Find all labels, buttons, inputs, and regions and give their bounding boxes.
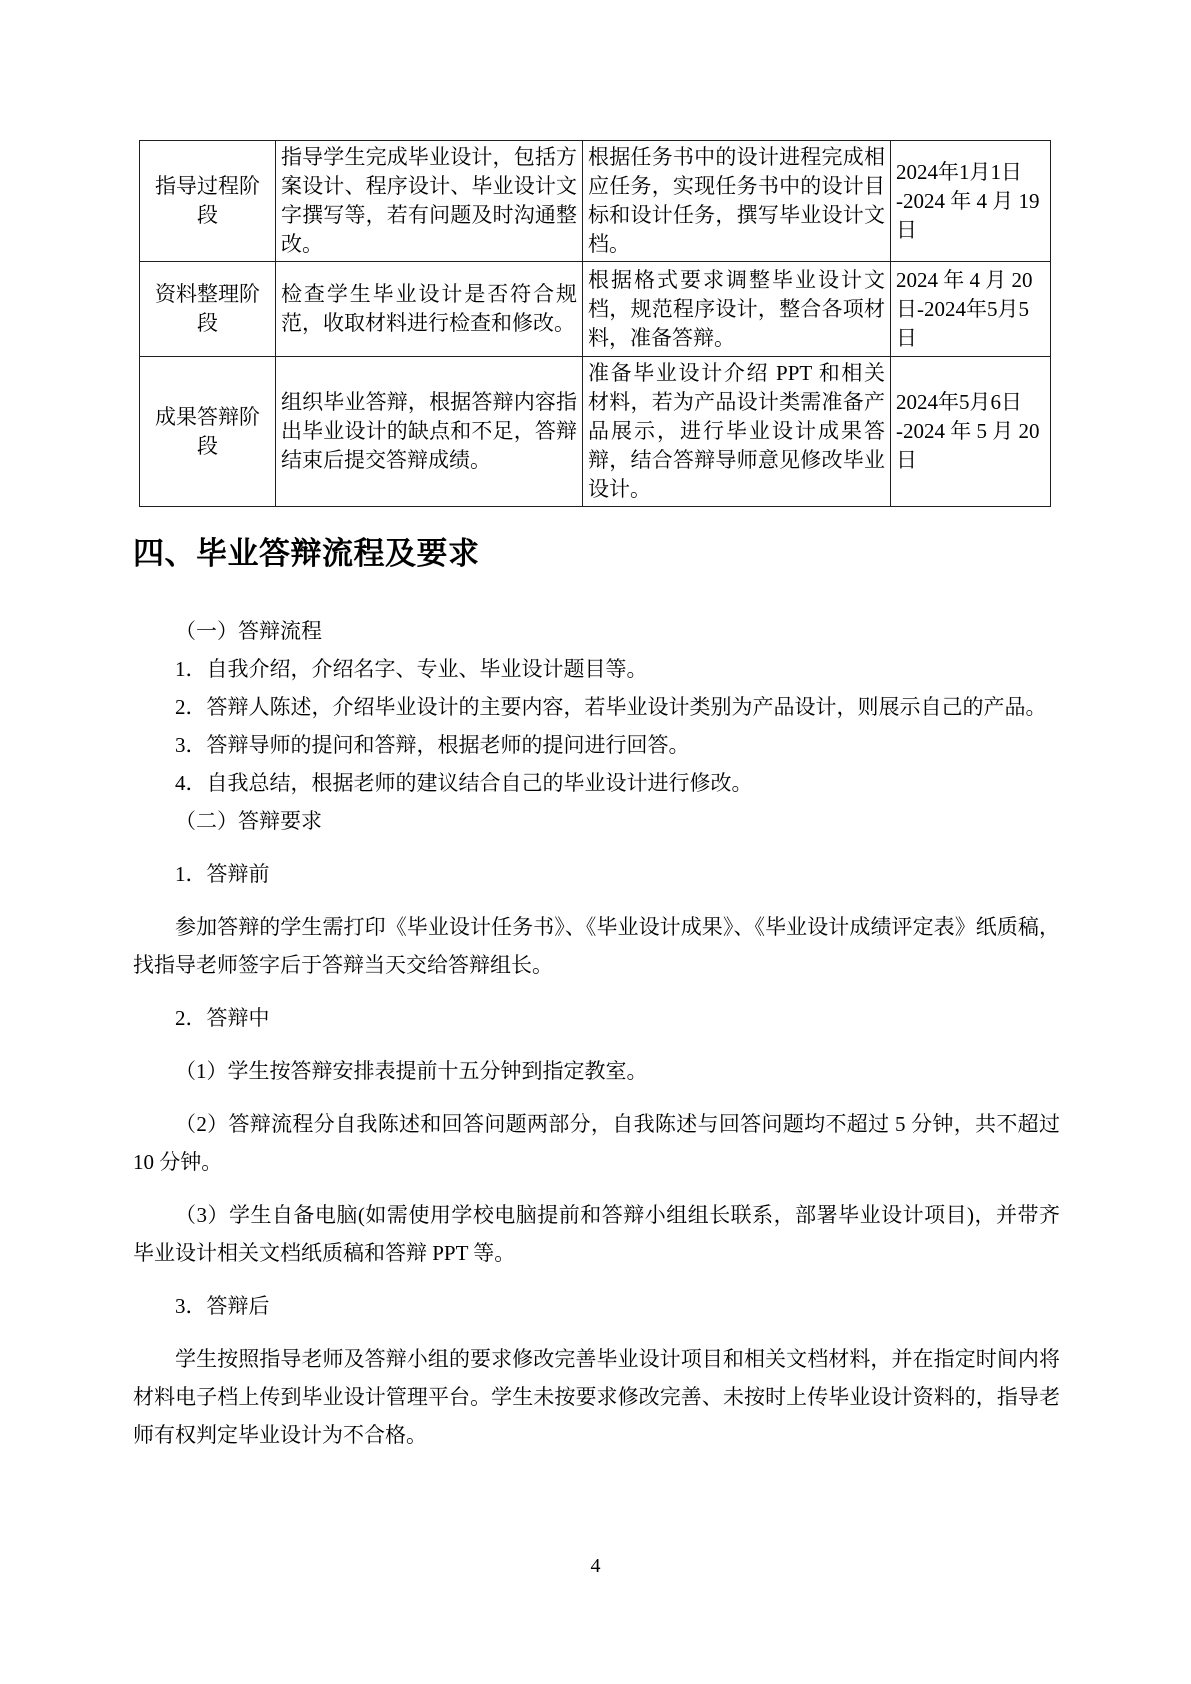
paragraph-flow-item-3: 3．答辩导师的提问和答辩，根据老师的提问进行回答。 [133, 726, 1060, 764]
table-row-guidance-stage: 指导过程阶段 指导学生完成毕业设计，包括方案设计、程序设计、毕业设计文字撰写等，… [140, 141, 1051, 262]
paragraph-after-defense-body: 学生按照指导老师及答辩小组的要求修改完善毕业设计项目和相关文档材料，并在指定时间… [133, 1340, 1060, 1454]
paragraph-before-defense-label: 1．答辩前 [133, 855, 1060, 893]
section-heading: 四、毕业答辩流程及要求 [133, 531, 480, 577]
table-row-defense-stage: 成果答辩阶段 组织毕业答辩，根据答辩内容指出毕业设计的缺点和不足，答辩结束后提交… [140, 357, 1051, 507]
paragraph-defense-flow-label: （一）答辩流程 [133, 612, 1060, 650]
paragraph-during-defense-label: 2．答辩中 [133, 999, 1060, 1037]
student-task-cell: 准备毕业设计介绍 PPT 和相关材料，若为产品设计类需准备产品展示，进行毕业设计… [583, 357, 891, 507]
paragraph-before-defense-body: 参加答辩的学生需打印《毕业设计任务书》、《毕业设计成果》、《毕业设计成绩评定表》… [133, 908, 1060, 984]
paragraph-flow-item-1: 1．自我介绍，介绍名字、专业、毕业设计题目等。 [133, 650, 1060, 688]
date-line: 日-2024年5月5 [896, 295, 1045, 324]
date-range-cell: 2024年1月1日 -2024 年 4 月 19 日 [891, 141, 1051, 262]
teacher-task-cell: 检查学生毕业设计是否符合规范，收取材料进行检查和修改。 [276, 262, 583, 357]
date-line: 2024 年 4 月 20 [896, 266, 1045, 295]
student-task-cell: 根据格式要求调整毕业设计文档，规范程序设计，整合各项材料，准备答辩。 [583, 262, 891, 357]
page-number: 4 [0, 1552, 1191, 1580]
date-line: -2024 年 4 月 19 [896, 187, 1045, 216]
paragraph-flow-item-4: 4．自我总结，根据老师的建议结合自己的毕业设计进行修改。 [133, 764, 1060, 802]
date-line: 日 [896, 446, 1045, 475]
student-task-cell: 根据任务书中的设计进程完成相应任务，实现任务书中的设计目标和设计任务，撰写毕业设… [583, 141, 891, 262]
document-page: 指导过程阶段 指导学生完成毕业设计，包括方案设计、程序设计、毕业设计文字撰写等，… [0, 0, 1191, 1684]
date-line: 2024年1月1日 [896, 158, 1045, 187]
date-range-cell: 2024 年 4 月 20 日-2024年5月5 日 [891, 262, 1051, 357]
paragraph-during-item-1: （1）学生按答辩安排表提前十五分钟到指定教室。 [133, 1052, 1060, 1090]
stage-cell: 成果答辩阶段 [140, 357, 276, 507]
paragraph-during-item-2: （2）答辩流程分自我陈述和回答问题两部分，自我陈述与回答问题均不超过 5 分钟，… [133, 1105, 1060, 1181]
paragraph-defense-req-label: （二）答辩要求 [133, 802, 1060, 840]
table-row-material-stage: 资料整理阶段 检查学生毕业设计是否符合规范，收取材料进行检查和修改。 根据格式要… [140, 262, 1051, 357]
date-range-cell: 2024年5月6日 -2024 年 5 月 20 日 [891, 357, 1051, 507]
date-line: 日 [896, 216, 1045, 245]
date-line: 2024年5月6日 [896, 388, 1045, 417]
date-line: 日 [896, 324, 1045, 353]
body-text: （一）答辩流程 1．自我介绍，介绍名字、专业、毕业设计题目等。 2．答辩人陈述，… [133, 612, 1060, 1454]
stage-cell: 资料整理阶段 [140, 262, 276, 357]
teacher-task-cell: 组织毕业答辩，根据答辩内容指出毕业设计的缺点和不足，答辩结束后提交答辩成绩。 [276, 357, 583, 507]
paragraph-flow-item-2: 2．答辩人陈述，介绍毕业设计的主要内容，若毕业设计类别为产品设计，则展示自己的产… [133, 688, 1060, 726]
paragraph-during-item-3: （3）学生自备电脑(如需使用学校电脑提前和答辩小组组长联系，部署毕业设计项目)，… [133, 1196, 1060, 1272]
schedule-table: 指导过程阶段 指导学生完成毕业设计，包括方案设计、程序设计、毕业设计文字撰写等，… [139, 140, 1051, 507]
date-line: -2024 年 5 月 20 [896, 417, 1045, 446]
paragraph-after-defense-label: 3．答辩后 [133, 1287, 1060, 1325]
stage-cell: 指导过程阶段 [140, 141, 276, 262]
teacher-task-cell: 指导学生完成毕业设计，包括方案设计、程序设计、毕业设计文字撰写等，若有问题及时沟… [276, 141, 583, 262]
